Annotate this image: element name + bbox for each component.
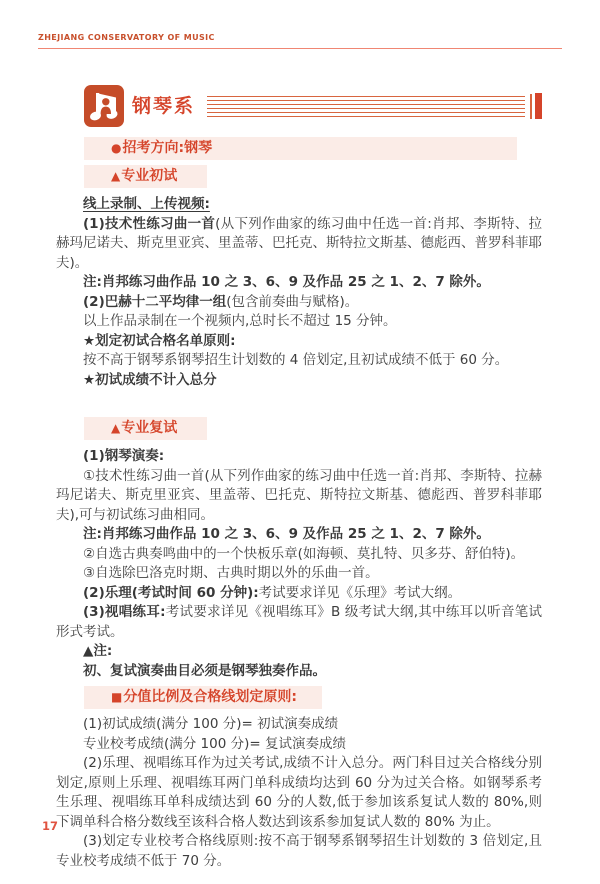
text-run: (3)划定专业校考合格线原则:按不高于钢琴系钢琴招生计划数的 3 倍划定,且专业… xyxy=(56,833,542,869)
paragraph: 以上作品录制在一个视频内,总时长不超过 15 分钟。 xyxy=(56,312,542,332)
text-run: ②自选古典奏鸣曲中的一个快板乐章(如海顿、莫扎特、贝多芬、舒伯特)。 xyxy=(83,546,524,562)
paragraph: (3)划定专业校考合格线原则:按不高于钢琴系钢琴招生计划数的 3 倍划定,且专业… xyxy=(56,832,542,871)
section-heading: ▲专业复试 xyxy=(84,417,207,440)
text-run: 按不高于钢琴系钢琴招生计划数的 4 倍划定,且初试成绩不低于 60 分。 xyxy=(83,352,508,368)
text-run: 线上录制、上传视频: xyxy=(83,196,210,212)
text-run: 考试要求详见《乐理》考试大纲。 xyxy=(259,585,462,601)
paragraph: 专业校考成绩(满分 100 分)= 复试演奏成绩 xyxy=(56,735,542,755)
paragraph: ★划定初试合格名单原则: xyxy=(56,332,542,352)
text-run: (1)技术性练习曲一首 xyxy=(83,216,215,232)
triangle-marker: ▲ xyxy=(111,421,120,435)
document-page: ZHEJIANG CONSERVATORY OF MUSIC xyxy=(0,0,600,884)
staff-final-barline xyxy=(535,93,542,119)
section-heading: ■分值比例及合格线划定原则: xyxy=(84,686,322,709)
text-run: ★划定初试合格名单原则: xyxy=(83,333,236,349)
staff-lines-decoration xyxy=(207,93,542,119)
paragraph: ①技术性练习曲一首(从下列作曲家的练习曲中任选一首:肖邦、李斯特、拉赫玛尼诺夫、… xyxy=(56,467,542,526)
staff-thin-barline xyxy=(530,94,532,119)
text-run: (1)钢琴演奏: xyxy=(83,448,164,464)
document-body: ●招考方向:钢琴▲专业初试线上录制、上传视频:(1)技术性练习曲一首(从下列作曲… xyxy=(56,137,542,871)
section-heading: ●招考方向:钢琴 xyxy=(84,137,517,160)
paragraph: (2)乐理(考试时间 60 分钟):考试要求详见《乐理》考试大纲。 xyxy=(56,584,542,604)
paragraph: (3)视唱练耳:考试要求详见《视唱练耳》B 级考试大纲,其中练耳以听音笔试形式考… xyxy=(56,603,542,642)
text-run: 以上作品录制在一个视频内,总时长不超过 15 分钟。 xyxy=(83,313,397,329)
department-title-banner: 钢琴系 xyxy=(84,84,542,128)
paragraph: ③自选除巴洛克时期、古典时期以外的乐曲一首。 xyxy=(56,564,542,584)
paragraph: (1)初试成绩(满分 100 分)= 初试演奏成绩 xyxy=(56,715,542,735)
music-note-icon xyxy=(84,85,124,127)
bullet-marker: ● xyxy=(111,141,121,155)
text-run: (包含前奏曲与赋格)。 xyxy=(226,294,358,310)
text-run: 初、复试演奏曲目必须是钢琴独奏作品。 xyxy=(83,663,326,679)
paragraph: (1)钢琴演奏: xyxy=(56,447,542,467)
paragraph: 线上录制、上传视频: xyxy=(56,195,542,215)
text-run: ★初试成绩不计入总分 xyxy=(83,372,217,388)
paragraph: 按不高于钢琴系钢琴招生计划数的 4 倍划定,且初试成绩不低于 60 分。 xyxy=(56,351,542,371)
text-run: (2)乐理、视唱练耳作为过关考试,成绩不计入总分。两门科目过关合格线分别划定,原… xyxy=(56,755,542,830)
document-header: ZHEJIANG CONSERVATORY OF MUSIC xyxy=(38,33,562,49)
paragraph: ②自选古典奏鸣曲中的一个快板乐章(如海顿、莫扎特、贝多芬、舒伯特)。 xyxy=(56,545,542,565)
page-title: 钢琴系 xyxy=(132,85,195,127)
paragraph: 初、复试演奏曲目必须是钢琴独奏作品。 xyxy=(56,662,542,682)
triangle-marker: ▲ xyxy=(111,169,120,183)
staff-lines xyxy=(207,96,525,117)
paragraph: 注:肖邦练习曲作品 10 之 3、6、9 及作品 25 之 1、2、7 除外。 xyxy=(56,525,542,545)
text-run: (3)视唱练耳: xyxy=(83,604,166,620)
text-run: 专业校考成绩(满分 100 分)= 复试演奏成绩 xyxy=(83,736,346,752)
paragraph: (1)技术性练习曲一首(从下列作曲家的练习曲中任选一首:肖邦、李斯特、拉赫玛尼诺… xyxy=(56,215,542,274)
content-column: 钢琴系 ●招考方向:钢琴▲专业初试线上录制、上传视频:(1)技术性练习曲一首(从… xyxy=(56,84,542,871)
text-run: ▲注: xyxy=(83,643,112,659)
text-run: 注:肖邦练习曲作品 10 之 3、6、9 及作品 25 之 1、2、7 除外。 xyxy=(83,526,490,542)
paragraph: 注:肖邦练习曲作品 10 之 3、6、9 及作品 25 之 1、2、7 除外。 xyxy=(56,273,542,293)
paragraph: ▲注: xyxy=(56,642,542,662)
text-run: (2)乐理(考试时间 60 分钟): xyxy=(83,585,259,601)
institution-name: ZHEJIANG CONSERVATORY OF MUSIC xyxy=(38,33,562,42)
section-heading-label: 招考方向:钢琴 xyxy=(122,140,212,156)
section-heading-label: 专业初试 xyxy=(121,168,177,184)
page-number: 17 xyxy=(42,819,58,833)
square-marker: ■ xyxy=(111,690,122,704)
paragraph: (2)乐理、视唱练耳作为过关考试,成绩不计入总分。两门科目过关合格线分别划定,原… xyxy=(56,754,542,832)
paragraph: (2)巴赫十二平均律一组(包含前奏曲与赋格)。 xyxy=(56,293,542,313)
section-heading-label: 分值比例及合格线划定原则: xyxy=(123,689,297,705)
paragraph: ★初试成绩不计入总分 xyxy=(56,371,542,391)
text-run: (1)初试成绩(满分 100 分)= 初试演奏成绩 xyxy=(83,716,338,732)
text-run: 注:肖邦练习曲作品 10 之 3、6、9 及作品 25 之 1、2、7 除外。 xyxy=(83,274,490,290)
section-heading: ▲专业初试 xyxy=(84,165,207,188)
header-divider xyxy=(38,48,562,49)
text-run: ③自选除巴洛克时期、古典时期以外的乐曲一首。 xyxy=(83,565,379,581)
text-run: ①技术性练习曲一首(从下列作曲家的练习曲中任选一首:肖邦、李斯特、拉赫玛尼诺夫、… xyxy=(56,468,542,523)
section-heading-label: 专业复试 xyxy=(121,420,177,436)
text-run: (2)巴赫十二平均律一组 xyxy=(83,294,226,310)
